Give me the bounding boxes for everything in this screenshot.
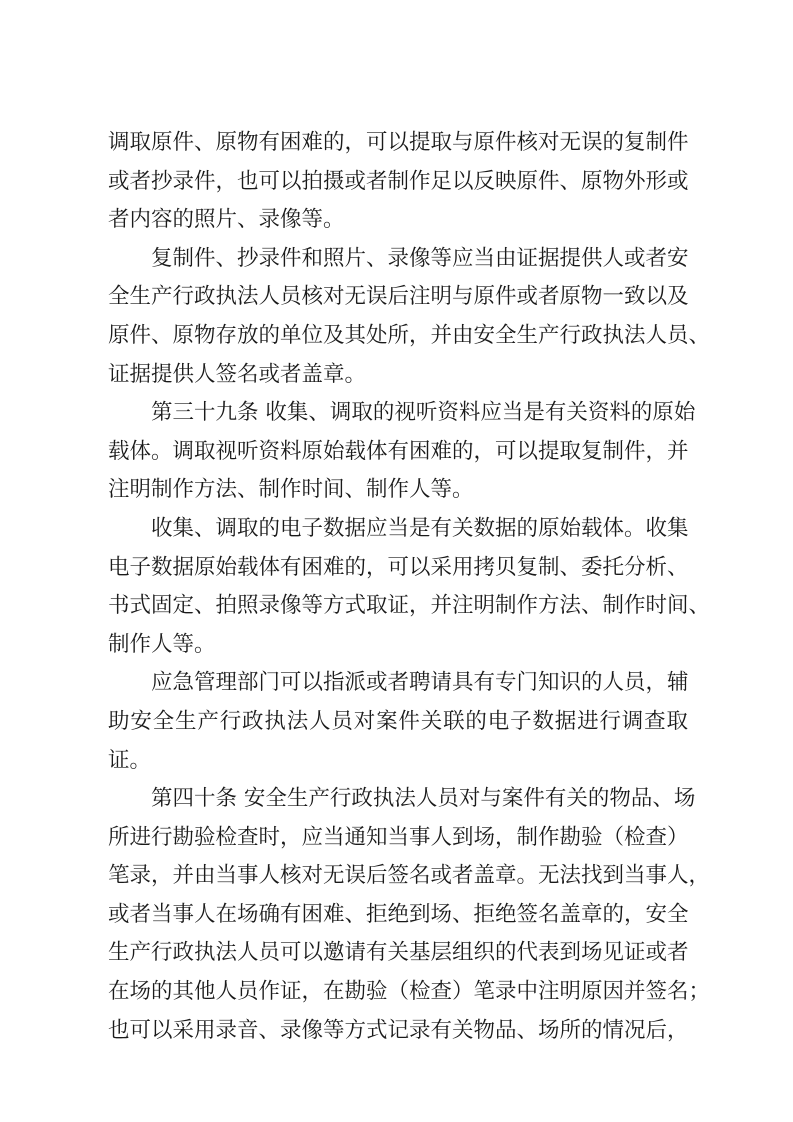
article-40: 第四十条 安全生产行政执法人员对与案件有关的物品、场 所进行勘验检查时，应当通知…	[108, 780, 688, 1050]
text-line: 收集、调取的电子数据应当是有关数据的原始载体。收集	[108, 510, 688, 549]
text-line: 所进行勘验检查时，应当通知当事人到场，制作勘验（检查）	[108, 819, 688, 858]
text-line: 也可以采用录音、录像等方式记录有关物品、场所的情况后，	[108, 1012, 688, 1051]
text-line: 复制件、抄录件和照片、录像等应当由证据提供人或者安	[108, 240, 688, 279]
text-line: 原件、原物存放的单位及其处所，并由安全生产行政执法人员、	[108, 317, 688, 356]
text-line: 制作人等。	[108, 626, 688, 665]
text-line: 载体。调取视听资料原始载体有困难的，可以提取复制件，并	[108, 433, 688, 472]
text-line: 在场的其他人员作证，在勘验（检查）笔录中注明原因并签名；	[108, 973, 688, 1012]
document-body: 调取原件、原物有困难的，可以提取与原件核对无误的复制件 或者抄录件，也可以拍摄或…	[108, 124, 688, 1050]
text-line: 或者抄录件，也可以拍摄或者制作足以反映原件、原物外形或	[108, 163, 688, 202]
text-line: 书式固定、拍照录像等方式取证，并注明制作方法、制作时间、	[108, 587, 688, 626]
paragraph: 收集、调取的电子数据应当是有关数据的原始载体。收集 电子数据原始载体有困难的，可…	[108, 510, 688, 664]
text-line: 调取原件、原物有困难的，可以提取与原件核对无误的复制件	[108, 124, 688, 163]
text-line: 者内容的照片、录像等。	[108, 201, 688, 240]
paragraph: 调取原件、原物有困难的，可以提取与原件核对无误的复制件 或者抄录件，也可以拍摄或…	[108, 124, 688, 240]
article-39: 第三十九条 收集、调取的视听资料应当是有关资料的原始 载体。调取视听资料原始载体…	[108, 394, 688, 510]
paragraph: 复制件、抄录件和照片、录像等应当由证据提供人或者安 全生产行政执法人员核对无误后…	[108, 240, 688, 394]
text-line: 笔录，并由当事人核对无误后签名或者盖章。无法找到当事人，	[108, 857, 688, 896]
text-line: 生产行政执法人员可以邀请有关基层组织的代表到场见证或者	[108, 934, 688, 973]
text-line: 助安全生产行政执法人员对案件关联的电子数据进行调查取	[108, 703, 688, 742]
text-line: 证。	[108, 742, 688, 781]
text-line: 第四十条 安全生产行政执法人员对与案件有关的物品、场	[108, 780, 688, 819]
text-line: 证据提供人签名或者盖章。	[108, 356, 688, 395]
text-line: 注明制作方法、制作时间、制作人等。	[108, 471, 688, 510]
text-line: 电子数据原始载体有困难的，可以采用拷贝复制、委托分析、	[108, 549, 688, 588]
document-page: 调取原件、原物有困难的，可以提取与原件核对无误的复制件 或者抄录件，也可以拍摄或…	[0, 0, 793, 1122]
paragraph: 应急管理部门可以指派或者聘请具有专门知识的人员，辅 助安全生产行政执法人员对案件…	[108, 664, 688, 780]
text-line: 或者当事人在场确有困难、拒绝到场、拒绝签名盖章的，安全	[108, 896, 688, 935]
text-line: 全生产行政执法人员核对无误后注明与原件或者原物一致以及	[108, 278, 688, 317]
text-line: 第三十九条 收集、调取的视听资料应当是有关资料的原始	[108, 394, 688, 433]
text-line: 应急管理部门可以指派或者聘请具有专门知识的人员，辅	[108, 664, 688, 703]
